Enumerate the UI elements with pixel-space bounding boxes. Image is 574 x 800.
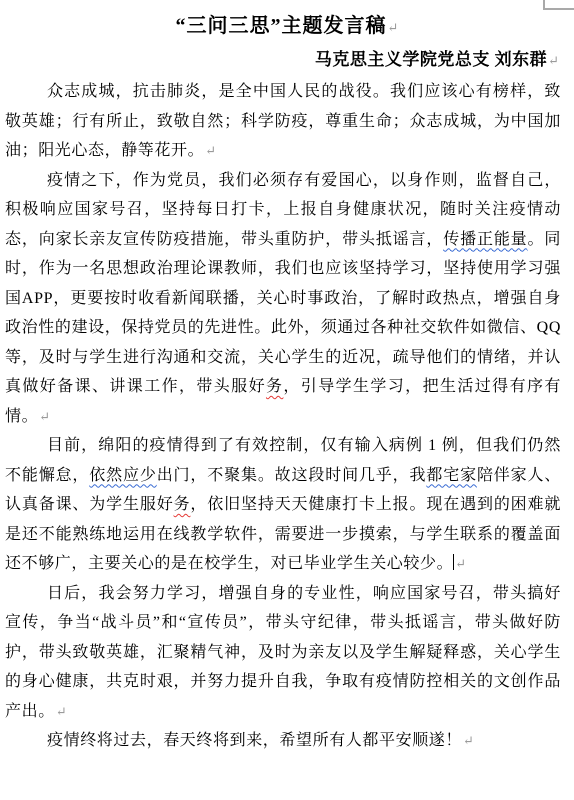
document-byline-line[interactable]: 马克思主义学院党总支 刘东群↵ — [0, 44, 574, 77]
paragraph-mark: ↵ — [55, 704, 67, 719]
partial-ui-box-top-right — [543, 0, 574, 10]
paragraph-mark: ↵ — [454, 556, 466, 571]
paragraph[interactable]: 目前，绵阳的疫情得到了有效控制，仅有输入病例 1 例，但我们仍然不能懈怠，依然应… — [5, 431, 561, 579]
document-page[interactable]: “三问三思”主题发言稿↵ 马克思主义学院党总支 刘东群↵ 众志成城，抗击肺炎，是… — [0, 0, 574, 800]
paragraph-mark: ↵ — [462, 733, 474, 748]
grammar-error-run: 传播正能量 — [443, 231, 527, 248]
text-run: 疫情终将过去，春天终将到来，希望所有人都平安顺遂！ — [47, 732, 462, 749]
page-title: “三问三思”主题发言稿 — [176, 15, 387, 37]
paragraph-mark: ↵ — [387, 20, 399, 35]
text-run: 。同时，作为一名思想政治理论课教师，我们也应该坚持学习，坚持使用学习强国APP，… — [5, 231, 561, 396]
paragraph-mark: ↵ — [204, 143, 216, 158]
spelling-error-run: 务 — [266, 378, 283, 395]
grammar-error-run: 都宅家 — [426, 467, 477, 484]
document-body[interactable]: 众志成城，抗击肺炎，是全中国人民的战役。我们应该心有榜样，致敬英雄；行有所止，致… — [0, 77, 574, 756]
text-run: 日后，我会努力学习，增强自身的专业性，响应国家号召，带头搞好宣传，争当“战斗员”… — [5, 585, 561, 720]
paragraph-mark: ↵ — [547, 53, 559, 68]
paragraph[interactable]: 日后，我会努力学习，增强自身的专业性，响应国家号召，带头搞好宣传，争当“战斗员”… — [5, 579, 561, 727]
grammar-error-run: 依然应少 — [89, 467, 156, 484]
paragraph[interactable]: 疫情之下，作为党员，我们必须存有爱国心，以身作则，监督自己，积极响应国家号召，坚… — [5, 166, 561, 432]
paragraph[interactable]: 疫情终将过去，春天终将到来，希望所有人都平安顺遂！↵ — [5, 726, 561, 756]
paragraph[interactable]: 众志成城，抗击肺炎，是全中国人民的战役。我们应该心有榜样，致敬英雄；行有所止，致… — [5, 77, 561, 166]
text-run: 众志成城，抗击肺炎，是全中国人民的战役。我们应该心有榜样，致敬英雄；行有所止，致… — [5, 83, 561, 159]
paragraph-mark: ↵ — [38, 409, 50, 424]
document-title-line[interactable]: “三问三思”主题发言稿↵ — [0, 0, 574, 44]
byline-author: 马克思主义学院党总支 刘东群 — [315, 50, 547, 69]
text-run: 出门，不聚集。故这段时间几乎，我 — [157, 467, 427, 484]
spelling-error-run: 务 — [174, 496, 191, 513]
